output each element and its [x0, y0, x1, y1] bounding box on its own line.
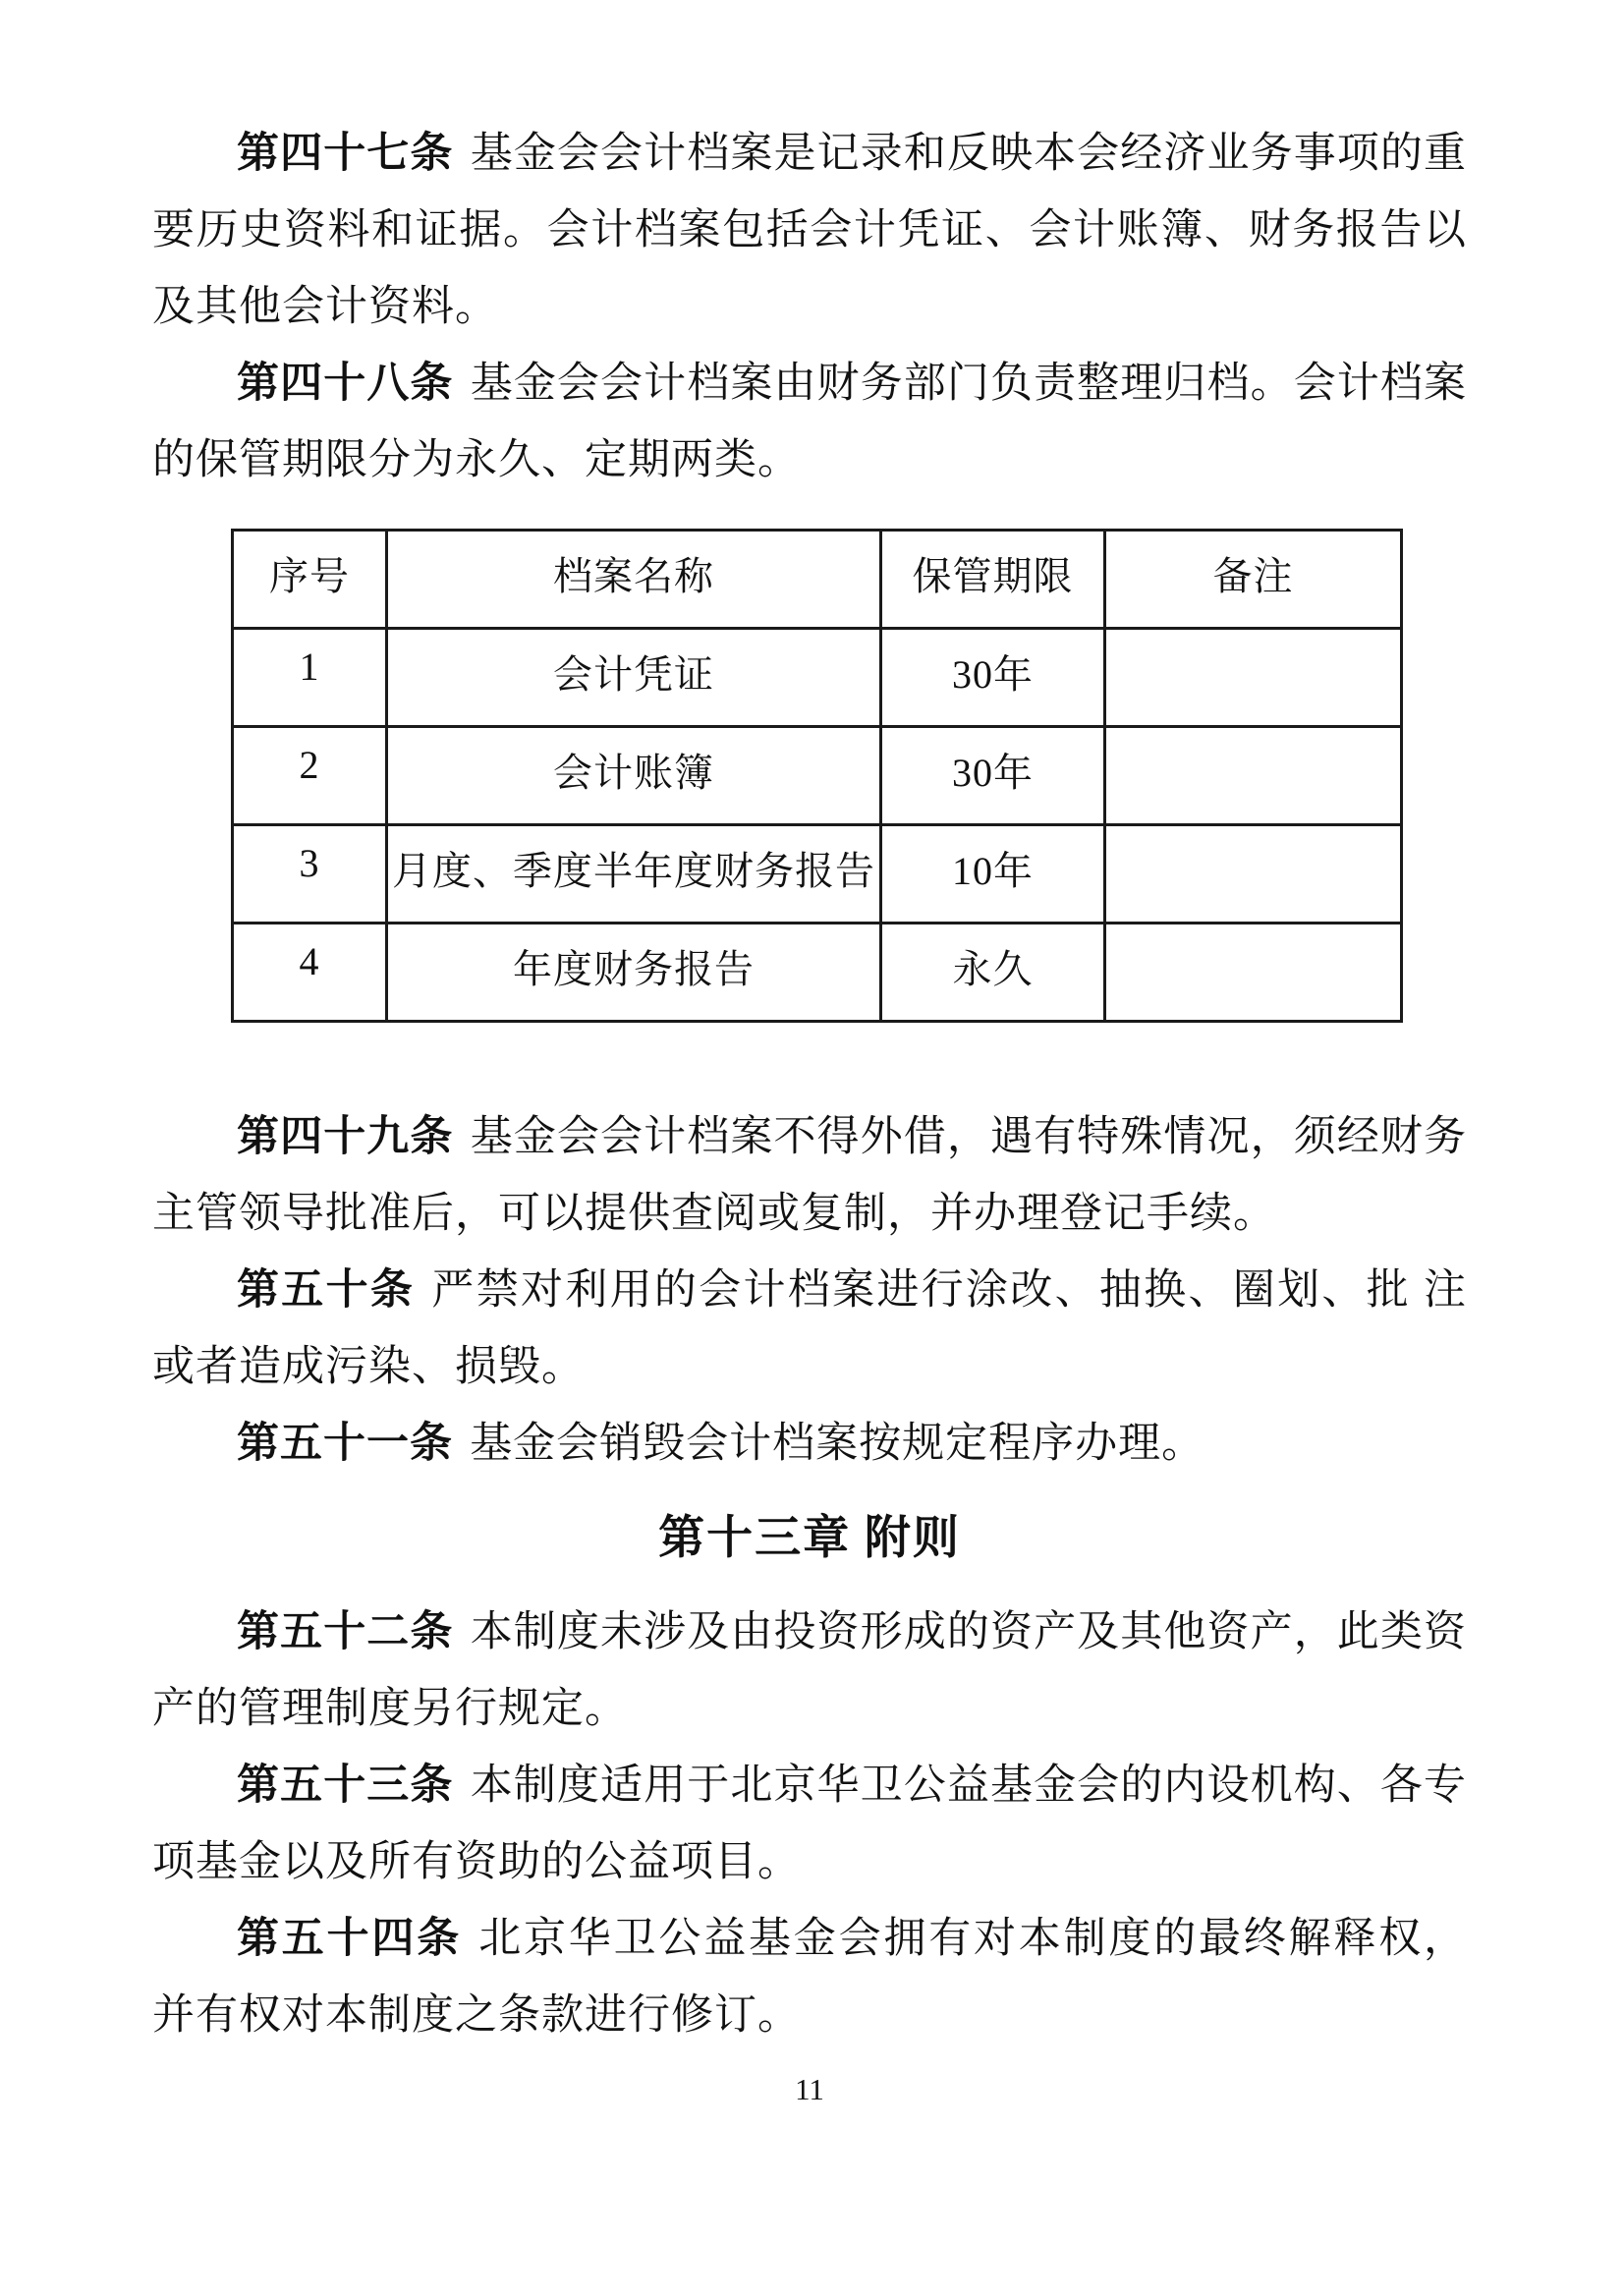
table-row: 2 会计账簿 30年 [233, 727, 1402, 825]
article-52-label: 第五十二条 [237, 1609, 454, 1655]
cell-index: 4 [233, 924, 387, 1022]
article-49-label: 第四十九条 [237, 1114, 454, 1160]
article-48-paragraph: 第四十八条基金会会计档案由财务部门负责整理归档。会计档案的保管期限分为永久、定期… [152, 346, 1467, 499]
archive-retention-table: 序号 档案名称 保管期限 备注 1 会计凭证 30年 2 会计账簿 30年 3 … [231, 529, 1403, 1023]
table-row: 4 年度财务报告 永久 [233, 924, 1402, 1022]
article-47-label: 第四十七条 [237, 131, 454, 177]
cell-remarks [1105, 825, 1402, 924]
cell-archive-name: 年度财务报告 [387, 924, 881, 1022]
table-row: 1 会计凭证 30年 [233, 629, 1402, 727]
article-47-paragraph: 第四十七条基金会会计档案是记录和反映本会经济业务事项的重要历史资料和证据。会计档… [152, 116, 1467, 346]
chapter-13-heading: 第十三章 附则 [152, 1496, 1467, 1581]
cell-index: 2 [233, 727, 387, 825]
table-header-row: 序号 档案名称 保管期限 备注 [233, 531, 1402, 629]
article-52-paragraph: 第五十二条本制度未涉及由投资形成的资产及其他资产，此类资产的管理制度另行规定。 [152, 1595, 1467, 1748]
cell-remarks [1105, 727, 1402, 825]
article-51-paragraph: 第五十一条基金会销毁会计档案按规定程序办理。 [152, 1406, 1467, 1483]
header-cell-index: 序号 [233, 531, 387, 629]
article-49-paragraph: 第四十九条基金会会计档案不得外借，遇有特殊情况，须经财务主管领导批准后，可以提供… [152, 1099, 1467, 1253]
cell-retention-period: 10年 [881, 825, 1105, 924]
header-cell-retention-period: 保管期限 [881, 531, 1105, 629]
cell-archive-name: 会计凭证 [387, 629, 881, 727]
table-row: 3 月度、季度半年度财务报告 10年 [233, 825, 1402, 924]
article-53-paragraph: 第五十三条本制度适用于北京华卫公益基金会的内设机构、各专项基金以及所有资助的公益… [152, 1748, 1467, 1901]
cell-retention-period: 30年 [881, 727, 1105, 825]
header-cell-remarks: 备注 [1105, 531, 1402, 629]
header-cell-archive-name: 档案名称 [387, 531, 881, 629]
article-51-label: 第五十一条 [237, 1421, 453, 1467]
article-48-label: 第四十八条 [237, 361, 454, 407]
cell-index: 1 [233, 629, 387, 727]
article-53-label: 第五十三条 [237, 1763, 454, 1809]
cell-archive-name: 月度、季度半年度财务报告 [387, 825, 881, 924]
cell-index: 3 [233, 825, 387, 924]
cell-archive-name: 会计账簿 [387, 727, 881, 825]
article-51-text: 基金会销毁会计档案按规定程序办理。 [470, 1421, 1204, 1467]
page-number: 11 [152, 2068, 1467, 2111]
article-54-label: 第五十四条 [237, 1916, 462, 1962]
article-54-paragraph: 第五十四条北京华卫公益基金会拥有对本制度的最终解释权， 并有权对本制度之条款进行… [152, 1901, 1467, 2054]
cell-remarks [1105, 924, 1402, 1022]
article-50-paragraph: 第五十条严禁对利用的会计档案进行涂改、抽换、圈划、批 注或者造成污染、损毁。 [152, 1253, 1467, 1406]
article-50-label: 第五十条 [237, 1267, 415, 1314]
cell-remarks [1105, 629, 1402, 727]
document-page: 第四十七条基金会会计档案是记录和反映本会经济业务事项的重要历史资料和证据。会计档… [0, 0, 1624, 2296]
cell-retention-period: 30年 [881, 629, 1105, 727]
cell-retention-period: 永久 [881, 924, 1105, 1022]
